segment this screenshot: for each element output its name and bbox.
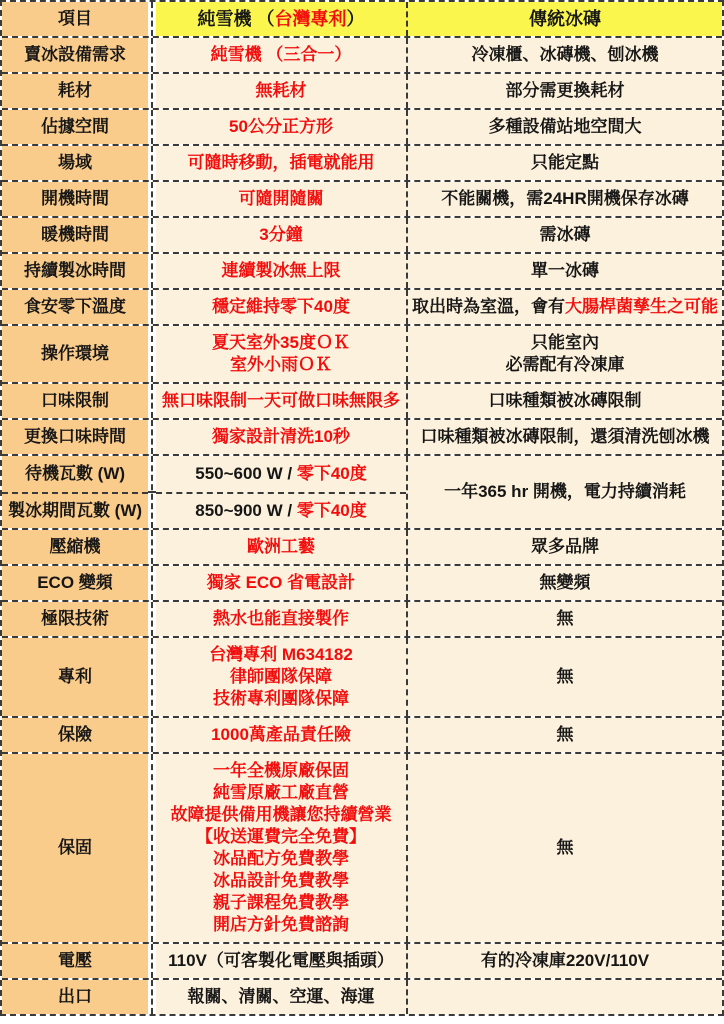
label-compressor: 壓縮機 xyxy=(2,530,148,564)
column-gap xyxy=(148,602,156,636)
warranty-line-4: 【收送運費完全免費】 xyxy=(158,826,404,848)
header-traditional-ice-brick: 傳統冰磚 xyxy=(406,2,722,36)
icemaking-wattage-value: 850~900 W / xyxy=(195,501,297,520)
cell-selling-equipment-pure: 純雪機 （三合一） xyxy=(156,38,406,72)
row-warranty: 保固 一年全機原廠保固 純雪原廠工廠直營 故障提供備用機讓您持續營業 【收送運費… xyxy=(2,752,722,942)
row-patent: 專利 台灣專利 M634182 律師團隊保障 技術專利團隊保障 無 xyxy=(2,636,722,716)
warranty-line-5: 冰品配方免費教學 xyxy=(158,848,404,870)
patent-line-1: 台灣專利 M634182 xyxy=(158,644,404,666)
label-space: 佔據空間 xyxy=(2,110,148,144)
column-gap xyxy=(148,530,156,564)
cell-continuous-pure: 連續製冰無上限 xyxy=(156,254,406,288)
cell-warranty-pure: 一年全機原廠保固 純雪原廠工廠直營 故障提供備用機讓您持續營業 【收送運費完全免… xyxy=(156,754,406,942)
cell-warranty-trad: 無 xyxy=(406,754,722,942)
cell-flavor-change-pure: 獨家設計清洗10秒 xyxy=(156,420,406,454)
warranty-line-8: 開店方針免費諮詢 xyxy=(158,914,404,936)
label-export: 出口 xyxy=(2,980,148,1014)
column-gap xyxy=(148,566,156,600)
patent-line-2: 律師團隊保障 xyxy=(158,666,404,688)
header-item-label: 項目 xyxy=(2,2,148,36)
comparison-table: 項目 純雪機 （台灣專利） 傳統冰磚 賣冰設備需求 純雪機 （三合一） 冷凍櫃、… xyxy=(0,0,724,1016)
cell-continuous-trad: 單一冰磚 xyxy=(406,254,722,288)
label-power-on-time: 開機時間 xyxy=(2,182,148,216)
column-gap xyxy=(148,38,156,72)
column-gap xyxy=(148,638,156,716)
column-gap xyxy=(148,218,156,252)
row-insurance: 保險 1000萬產品責任險 無 xyxy=(2,716,722,752)
label-warranty: 保固 xyxy=(2,754,148,942)
cell-venue-trad: 只能定點 xyxy=(406,146,722,180)
standby-wattage-value: 550~600 W / xyxy=(195,464,297,483)
header-pure-snow-machine: 純雪機 （台灣專利） xyxy=(156,2,406,36)
label-consumables: 耗材 xyxy=(2,74,148,108)
cell-environment-pure: 夏天室外35度ＯＫ 室外小雨ＯＫ xyxy=(156,326,406,382)
column-gap xyxy=(148,110,156,144)
row-warmup-time: 暖機時間 3分鐘 需冰磚 xyxy=(2,216,722,252)
cell-flavor-limit-trad: 口味種類被冰磚限制 xyxy=(406,384,722,418)
cell-extreme-trad: 無 xyxy=(406,602,722,636)
cell-voltage-pure: 110V（可客製化電壓與插頭） xyxy=(156,944,406,978)
cell-export-pure: 報關、清關、空運、海運 xyxy=(156,980,406,1014)
warranty-line-3: 故障提供備用機讓您持續營業 xyxy=(158,804,404,826)
row-operating-environment: 操作環境 夏天室外35度ＯＫ 室外小雨ＯＫ 只能室內 必需配有冷凍庫 xyxy=(2,324,722,382)
row-food-safety-temp: 食安零下溫度 穩定維持零下40度 取出時為室溫，會有大腸桿菌孳生之可能 xyxy=(2,288,722,324)
cell-insurance-pure: 1000萬產品責任險 xyxy=(156,718,406,752)
label-operating-environment: 操作環境 xyxy=(2,326,148,382)
column-gap xyxy=(148,326,156,382)
label-patent: 專利 xyxy=(2,638,148,716)
cell-flavor-limit-pure: 無口味限制一天可做口味無限多 xyxy=(156,384,406,418)
column-gap xyxy=(148,754,156,942)
column-gap xyxy=(148,74,156,108)
cell-voltage-trad: 有的冷凍庫220V/110V xyxy=(406,944,722,978)
header-mid-prefix: 純雪機 （ xyxy=(197,9,274,29)
warranty-line-2: 純雪原廠工廠直營 xyxy=(158,782,404,804)
label-extreme-technology: 極限技術 xyxy=(2,602,148,636)
column-gap xyxy=(148,254,156,288)
column-gap xyxy=(148,290,156,324)
cell-warmup-trad: 需冰磚 xyxy=(406,218,722,252)
cell-environment-trad: 只能室內 必需配有冷凍庫 xyxy=(406,326,722,382)
row-consumables: 耗材 無耗材 部分需更換耗材 xyxy=(2,72,722,108)
cell-icemaking-wattage-pure: 850~900 W / 零下40度 xyxy=(156,492,406,528)
cell-eco-pure: 獨家 ECO 省電設計 xyxy=(156,566,406,600)
icemaking-wattage-text: 850~900 W / 零下40度 xyxy=(158,500,404,522)
standby-wattage-temp: 零下40度 xyxy=(297,464,367,483)
cell-export-trad xyxy=(406,980,722,1014)
column-gap xyxy=(148,2,156,36)
food-safety-black-segment: 取出時為室溫，會有 xyxy=(412,297,565,316)
cell-venue-pure: 可隨時移動，插電就能用 xyxy=(156,146,406,180)
cell-insurance-trad: 無 xyxy=(406,718,722,752)
cell-wattage-trad-merged: 一年365 hr 開機，電力持續消耗 xyxy=(406,456,722,528)
cell-standby-wattage-pure: 550~600 W / 零下40度 xyxy=(156,456,406,492)
header-mid-text: 純雪機 （台灣專利） xyxy=(158,8,404,30)
warranty-line-6: 冰品設計免費教學 xyxy=(158,870,404,892)
column-gap xyxy=(148,980,156,1014)
row-wattage-group: 待機瓦數 (W) 製冰期間瓦數 (W) 550~600 W / 零下40度 85… xyxy=(2,454,722,528)
label-warmup-time: 暖機時間 xyxy=(2,218,148,252)
row-space: 佔據空間 50公分正方形 多種設備站地空間大 xyxy=(2,108,722,144)
column-gap xyxy=(148,718,156,752)
cell-power-on-pure: 可隨開隨關 xyxy=(156,182,406,216)
label-food-safety-temp: 食安零下溫度 xyxy=(2,290,148,324)
row-flavor-limit: 口味限制 無口味限制一天可做口味無限多 口味種類被冰磚限制 xyxy=(2,382,722,418)
label-flavor-limit: 口味限制 xyxy=(2,384,148,418)
label-venue: 場域 xyxy=(2,146,148,180)
icemaking-wattage-temp: 零下40度 xyxy=(297,501,367,520)
environment-trad-line-2: 必需配有冷凍庫 xyxy=(410,354,720,376)
label-flavor-change-time: 更換口味時間 xyxy=(2,420,148,454)
header-mid-suffix: ） xyxy=(347,9,365,29)
cell-consumables-pure: 無耗材 xyxy=(156,74,406,108)
header-mid-patent: 台灣專利 xyxy=(275,9,347,29)
environment-pure-line-2: 室外小雨ＯＫ xyxy=(158,354,404,376)
label-voltage: 電壓 xyxy=(2,944,148,978)
row-eco-inverter: ECO 變頻 獨家 ECO 省電設計 無變頻 xyxy=(2,564,722,600)
row-extreme-technology: 極限技術 熱水也能直接製作 無 xyxy=(2,600,722,636)
standby-wattage-text: 550~600 W / 零下40度 xyxy=(158,463,404,485)
label-insurance: 保險 xyxy=(2,718,148,752)
label-selling-equipment: 賣冰設備需求 xyxy=(2,38,148,72)
food-safety-red-segment: 大腸桿菌孳生之可能 xyxy=(565,297,718,316)
row-flavor-change-time: 更換口味時間 獨家設計清洗10秒 口味種類被冰磚限制，還須清洗刨冰機 xyxy=(2,418,722,454)
cell-patent-trad: 無 xyxy=(406,638,722,716)
label-standby-wattage: 待機瓦數 (W) xyxy=(2,456,148,492)
cell-eco-trad: 無變頻 xyxy=(406,566,722,600)
column-gap xyxy=(148,384,156,418)
header-row: 項目 純雪機 （台灣專利） 傳統冰磚 xyxy=(2,2,722,36)
label-eco-inverter: ECO 變頻 xyxy=(2,566,148,600)
food-safety-trad-text: 取出時為室溫，會有大腸桿菌孳生之可能 xyxy=(410,296,720,318)
row-selling-equipment: 賣冰設備需求 純雪機 （三合一） 冷凍櫃、冰磚機、刨冰機 xyxy=(2,36,722,72)
column-gap xyxy=(148,182,156,216)
row-export: 出口 報關、清關、空運、海運 xyxy=(2,978,722,1014)
row-power-on-time: 開機時間 可隨開隨關 不能關機，需24HR開機保存冰磚 xyxy=(2,180,722,216)
label-icemaking-wattage: 製冰期間瓦數 (W) xyxy=(2,492,148,528)
cell-food-safety-pure: 穩定維持零下40度 xyxy=(156,290,406,324)
column-gap xyxy=(148,944,156,978)
warranty-line-7: 親子課程免費教學 xyxy=(158,892,404,914)
column-gap xyxy=(148,146,156,180)
warranty-line-1: 一年全機原廠保固 xyxy=(158,760,404,782)
cell-food-safety-trad: 取出時為室溫，會有大腸桿菌孳生之可能 xyxy=(406,290,722,324)
environment-trad-line-1: 只能室內 xyxy=(410,332,720,354)
row-continuous-icemaking: 持續製冰時間 連續製冰無上限 單一冰磚 xyxy=(2,252,722,288)
cell-power-on-trad: 不能關機，需24HR開機保存冰磚 xyxy=(406,182,722,216)
environment-pure-line-1: 夏天室外35度ＯＫ xyxy=(158,332,404,354)
label-continuous-icemaking: 持續製冰時間 xyxy=(2,254,148,288)
cell-consumables-trad: 部分需更換耗材 xyxy=(406,74,722,108)
column-gap xyxy=(148,456,156,528)
cell-compressor-trad: 眾多品牌 xyxy=(406,530,722,564)
cell-space-trad: 多種設備站地空間大 xyxy=(406,110,722,144)
row-venue: 場域 可隨時移動，插電就能用 只能定點 xyxy=(2,144,722,180)
cell-flavor-change-trad: 口味種類被冰磚限制，還須清洗刨冰機 xyxy=(406,420,722,454)
cell-patent-pure: 台灣專利 M634182 律師團隊保障 技術專利團隊保障 xyxy=(156,638,406,716)
cell-space-pure: 50公分正方形 xyxy=(156,110,406,144)
cell-warmup-pure: 3分鐘 xyxy=(156,218,406,252)
row-compressor: 壓縮機 歐洲工藝 眾多品牌 xyxy=(2,528,722,564)
column-gap xyxy=(148,420,156,454)
row-voltage: 電壓 110V（可客製化電壓與插頭） 有的冷凍庫220V/110V xyxy=(2,942,722,978)
cell-selling-equipment-trad: 冷凍櫃、冰磚機、刨冰機 xyxy=(406,38,722,72)
patent-line-3: 技術專利團隊保障 xyxy=(158,688,404,710)
cell-extreme-pure: 熱水也能直接製作 xyxy=(156,602,406,636)
cell-compressor-pure: 歐洲工藝 xyxy=(156,530,406,564)
